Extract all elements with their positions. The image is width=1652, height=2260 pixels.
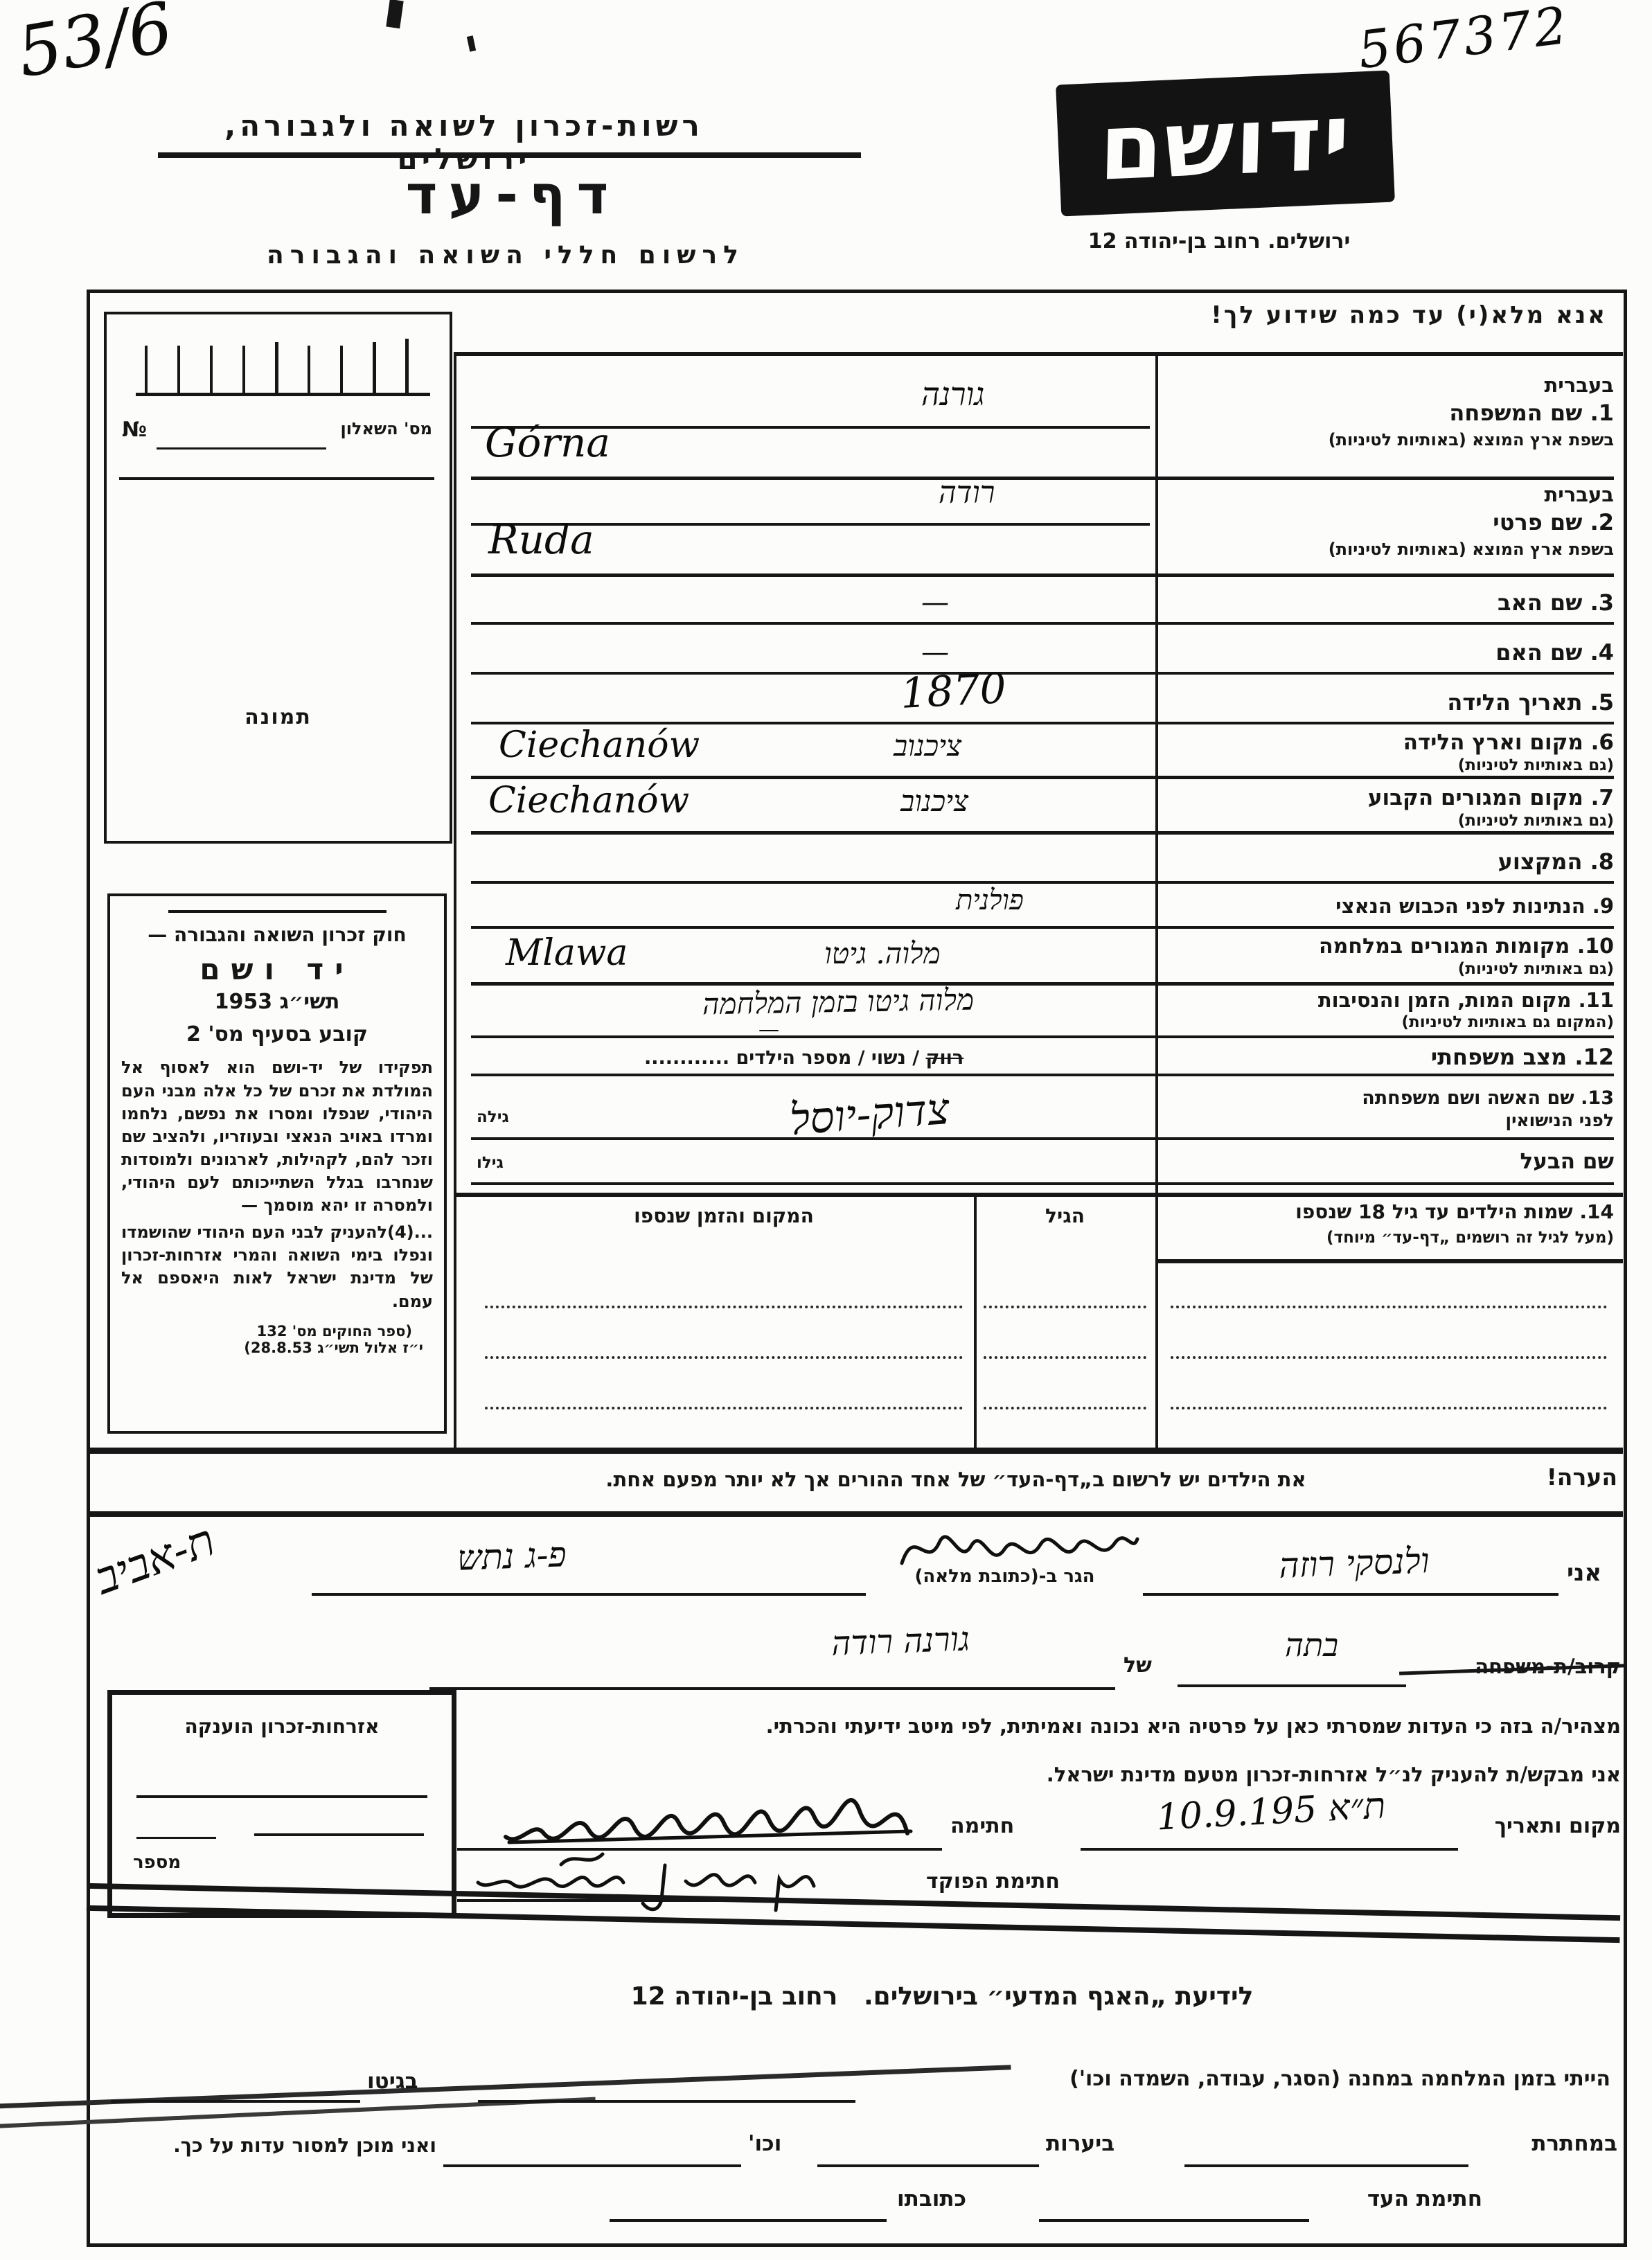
yad-vashem-logo: ידושם [1056, 71, 1395, 217]
law-reference: (ספר החוקים מס' 132 [121, 1323, 433, 1340]
field-6-sub: (גם באותיות לטיניות) [1171, 756, 1614, 774]
photo-box: № מס' השאלון תמונה [104, 312, 452, 844]
field-8-title: המקצוע [1498, 848, 1583, 875]
instruction-rule [454, 352, 1623, 356]
forests-write-line [817, 2164, 1039, 2167]
underground-write-line [1184, 2164, 1468, 2167]
field-4-num: 4. [1590, 639, 1614, 666]
comb-base-line [136, 393, 430, 396]
write-line-8 [471, 881, 1614, 884]
write-line-6 [471, 776, 1614, 779]
comb-tick [373, 342, 376, 394]
field-1-title: שם המשפחה [1449, 400, 1582, 426]
serial-write-line [157, 447, 326, 450]
write-line-9 [471, 926, 1614, 929]
scan-artifact [386, 0, 403, 28]
relative-line [1178, 1684, 1406, 1687]
field-12-num: 12. [1574, 1044, 1614, 1070]
field-12-options-rest: / נשוי / מספר הילדים ............ [644, 1047, 926, 1069]
field-1-sub: בשפת ארץ המוצא (באותיות לטיניות) [1171, 431, 1614, 450]
field-9-title: הנתינות לפני הכבוש הנאצי [1335, 894, 1586, 918]
resides-label: הגר ב-(כתובת מלאה) [871, 1567, 1138, 1587]
bottom-title-main: לידיעת „האגף המדעי״ בירושלים. [864, 1982, 1253, 2011]
law-name: יד ושם [121, 953, 433, 986]
field-1-value-latin: Górna [485, 422, 610, 463]
comb-tick [242, 346, 245, 394]
table-col-place-header: המקום והזמן שנספו [485, 1205, 963, 1227]
etc-label: וכו' [748, 2132, 781, 2157]
forests-label: ביערות [1046, 2132, 1114, 2157]
comb-tick [177, 346, 180, 394]
children-row-line [485, 1356, 963, 1359]
husband-name-value: צדוק-יוסל [788, 1087, 951, 1141]
comb-tick [210, 346, 213, 394]
citizenship-stamp-box: אזרחות-זכרון הוענקה מספר [107, 1690, 456, 1918]
write-line-1-latin [471, 477, 1614, 480]
declaration-text: מצהיר/ה בזה כי העדות שמסרתי כאן על פרטיה… [457, 1715, 1621, 1738]
field-5-title: תאריך הלידה [1447, 689, 1582, 715]
field-5-label: 5. תאריך הלידה [1171, 690, 1614, 715]
underground-label: במחתרת [1475, 2132, 1617, 2157]
field-6-title: מקום וארץ הלידה [1403, 730, 1583, 755]
comb-tick [145, 346, 148, 394]
witness-address-line [610, 2219, 887, 2222]
field-5-num: 5. [1590, 689, 1614, 715]
field-7-num: 7. [1591, 785, 1614, 810]
signature-label: חתימה [950, 1815, 1014, 1839]
comb-tick [340, 346, 343, 394]
comb-tick [405, 339, 409, 394]
write-line-12 [471, 1074, 1614, 1076]
note-title: הערה! [1462, 1464, 1617, 1491]
hebrew-tag-1: בעברית [1171, 374, 1614, 397]
write-line-7 [471, 831, 1614, 835]
document-number-handwritten: 567372 [1356, 0, 1572, 76]
field-13-title: שם האשה ושם משפחתה [1362, 1087, 1574, 1109]
husband-name-label: שם הבעל [1171, 1150, 1614, 1175]
table-top-rule [454, 1193, 1623, 1197]
comb-tick [275, 342, 278, 394]
write-line-husband [471, 1182, 1614, 1185]
write-line-13-wife [471, 1137, 1614, 1140]
field-7-sub: (גם באותיות לטיניות) [1171, 812, 1614, 830]
scan-artifact [467, 35, 476, 51]
left-column-separator [454, 352, 456, 1450]
field-2-title: שם פרטי [1493, 509, 1582, 535]
field-3-label: 3. שם האב [1171, 590, 1614, 616]
stamp-number-label: מספר [133, 1853, 181, 1874]
field-9-label: 9. הנתינות לפני הכבוש הנאצי [1171, 895, 1614, 918]
write-line-11 [471, 1035, 1614, 1038]
his-age-label: גילו [477, 1154, 504, 1172]
field-14-label: 14. שמות הילדים עד גיל 18 שנספו [1171, 1201, 1614, 1223]
label-column-separator [1155, 352, 1158, 1450]
field-11-label: 11. מקום המות, הזמן והנסיבות [1171, 989, 1614, 1012]
ready-to-testify-text: ואני מוכן למסור עדות על כך. [104, 2135, 436, 2157]
declarant-name-line [1143, 1593, 1558, 1596]
field-9-value: פולנית [956, 887, 1024, 914]
law-sidebar: חוק זכרון השואה והגבורה — יד ושם תשי״ג 1… [107, 893, 447, 1434]
field-4-title: שם האם [1495, 639, 1582, 666]
stamp-title: אזרחות-זכרון הוענקה [112, 1716, 452, 1738]
law-reference-2: י״ז אלול תשי״ג 28.8.53) [121, 1340, 433, 1356]
field-6-value-hebrew: ציכנוב [894, 731, 961, 760]
corner-archive-mark: 53/6 [12, 0, 178, 88]
field-7-label: 7. מקום המגורים הקבוע [1171, 786, 1614, 811]
children-row-line [485, 1407, 963, 1409]
note-text: את הילדים יש לרשום ב„דף-העד״ של אחד ההור… [457, 1468, 1455, 1491]
field-11-title: מקום המות, הזמן והנסיבות [1318, 988, 1572, 1012]
table-column-separator [974, 1193, 977, 1450]
field-2-label: 2. שם פרטי [1171, 510, 1614, 535]
field-4-value: — [921, 639, 949, 666]
field-14-rule [1158, 1259, 1623, 1263]
field-11-num: 11. [1579, 988, 1614, 1012]
law-text-2: ...(4)להעניק לבני העם היהודי שהושמדו ונפ… [121, 1221, 433, 1313]
bottom-title-address: רחוב בן-יהודה 12 [631, 1982, 838, 2011]
field-2-sub: בשפת ארץ המוצא (באותיות לטיניות) [1171, 540, 1614, 560]
field-3-num: 3. [1590, 589, 1614, 616]
field-14-title: שמות הילדים עד גיל 18 שנספו [1295, 1200, 1572, 1223]
law-clause: קובע בסעיף מס' 2 [121, 1023, 433, 1047]
camp-write-line [478, 2100, 855, 2103]
place-date-label: מקום ותאריך [1462, 1815, 1621, 1839]
field-2-value-latin: Ruda [488, 519, 594, 560]
ghetto-label: בגיטו [367, 2070, 418, 2094]
field-10-num: 10. [1577, 934, 1614, 959]
field-10-label: 10. מקומות המגורים במלחמה [1171, 935, 1614, 959]
children-row-line [984, 1356, 1146, 1359]
her-age-label: גילה [477, 1108, 509, 1126]
stamp-line-1 [136, 1795, 427, 1798]
law-intro: חוק זכרון השואה והגבורה — [121, 924, 433, 946]
header-rule [158, 152, 861, 158]
witness-signature-bottom-label: חתימת העד [1316, 2187, 1482, 2212]
field-10-title: מקומות המגורים במלחמה [1319, 934, 1570, 959]
field-2-value-hebrew: רודה [939, 478, 995, 508]
office-address: ירושלים. רחוב בן-יהודה 12 [1049, 230, 1389, 254]
stamp-line-3 [254, 1833, 424, 1836]
note-bottom-rule [89, 1511, 1623, 1517]
field-14-sub: (מעל לגיל זה רושמים „דף-עד״ מיוחד) [1171, 1229, 1614, 1247]
declarant-address-line [312, 1593, 866, 1596]
field-3-value: — [921, 589, 949, 616]
note-top-rule [89, 1448, 1623, 1454]
law-year: תשי״ג 1953 [121, 990, 433, 1015]
comb-tick [308, 346, 310, 394]
field-7-value-hebrew: ציכנוב [900, 787, 968, 816]
field-11-sub: (המקום גם באותיות לטיניות) [1171, 1013, 1614, 1031]
field-2-num: 2. [1590, 509, 1614, 535]
yad-vashem-logo-text: ידושם [1098, 85, 1352, 202]
field-3-title: שם האב [1498, 589, 1582, 616]
photo-label: תמונה [107, 706, 450, 730]
field-5-value: 1870 [900, 668, 1008, 715]
witness-signature-bottom-line [1039, 2219, 1309, 2222]
field-6-value-latin: Ciechanów [499, 727, 700, 763]
page-title: דף-עד [378, 165, 648, 227]
field-4-label: 4. שם האם [1171, 640, 1614, 666]
fill-instruction: אנא מלא(י) עד כמה שידוע לך! [900, 302, 1607, 329]
field-7-value-latin: Ciechanów [488, 783, 689, 819]
field-12-label: 12. מצב משפחתי [1171, 1044, 1614, 1070]
page-subtitle: לרשום חללי השואה והגבורה [249, 241, 762, 269]
testimony-page: 53/6 567372 רשות-זכרון לשואה ולגבורה, יר… [0, 0, 1652, 2260]
children-row-line [485, 1306, 963, 1308]
field-1-value-hebrew: גורנה [921, 378, 984, 410]
etc-write-line [443, 2164, 741, 2167]
serial-rule [119, 477, 434, 480]
field-12-tick: — [758, 1020, 779, 1040]
field-13-label: 13. שם האשה ושם משפחתה [1171, 1087, 1614, 1109]
number-sign: № [122, 418, 147, 443]
serial-label: מס' השאלון [332, 420, 432, 439]
table-col-age-header: הגיל [984, 1205, 1146, 1227]
field-6-label: 6. מקום וארץ הלידה [1171, 731, 1614, 756]
field-9-num: 9. [1592, 894, 1614, 918]
bottom-section-title: לידיעת „האגף המדעי״ בירושלים. רחוב בן-יה… [485, 1982, 1399, 2011]
ghetto-write-line [111, 2100, 360, 2103]
declarant-i-label: אני [1567, 1560, 1601, 1587]
children-row-line [1171, 1306, 1607, 1308]
wartime-camp-label: הייתי בזמן המלחמה במחנה (הסגר, עבודה, הש… [862, 2067, 1610, 2092]
children-row-line [1171, 1407, 1607, 1409]
field-8-label: 8. המקצוע [1171, 849, 1614, 875]
field-10-sub: (גם באותיות לטיניות) [1171, 960, 1614, 978]
field-10-value-hebrew: מלוה. גיטו [824, 939, 941, 968]
relative-value: בתה [1285, 1629, 1338, 1661]
write-line-3 [471, 622, 1614, 625]
field-1-num: 1. [1590, 400, 1614, 426]
field-13-sub: לפני הנישואין [1171, 1111, 1614, 1131]
field-14-num: 14. [1579, 1200, 1614, 1223]
field-1-label: 1. שם המשפחה [1171, 400, 1614, 426]
registrar-signature-label: חתימת הפוקד [828, 1870, 1060, 1894]
children-row-line [984, 1306, 1146, 1308]
write-line-2-latin [471, 573, 1614, 577]
field-12-title: מצב משפחתי [1431, 1044, 1567, 1070]
of-line [429, 1687, 1115, 1690]
hebrew-tag-2: בעברית [1171, 483, 1614, 506]
field-13-num: 13. [1581, 1087, 1614, 1109]
law-top-rule [168, 910, 387, 913]
declarant-address-value: פ-ג נתש [456, 1537, 567, 1575]
stamp-line-2 [136, 1837, 216, 1839]
children-row-line [984, 1407, 1146, 1409]
field-8-num: 8. [1590, 848, 1614, 875]
place-date-line [1081, 1848, 1458, 1851]
field-10-value-latin: Mlawa [506, 935, 628, 971]
field-6-num: 6. [1591, 730, 1614, 755]
law-text: תפקידו של יד-ושם הוא לאסוף אל המולדת את … [121, 1056, 433, 1217]
field-12-struck-option: רווק [926, 1047, 964, 1069]
of-label: של [1123, 1654, 1152, 1678]
witness-address-label: כתובתו [897, 2187, 966, 2212]
children-row-line [1171, 1356, 1607, 1359]
field-12-options: רווק / נשוי / מספר הילדים ............ [644, 1047, 1143, 1069]
write-line-4 [471, 672, 1614, 675]
field-7-title: מקום המגורים הקבוע [1368, 785, 1583, 810]
